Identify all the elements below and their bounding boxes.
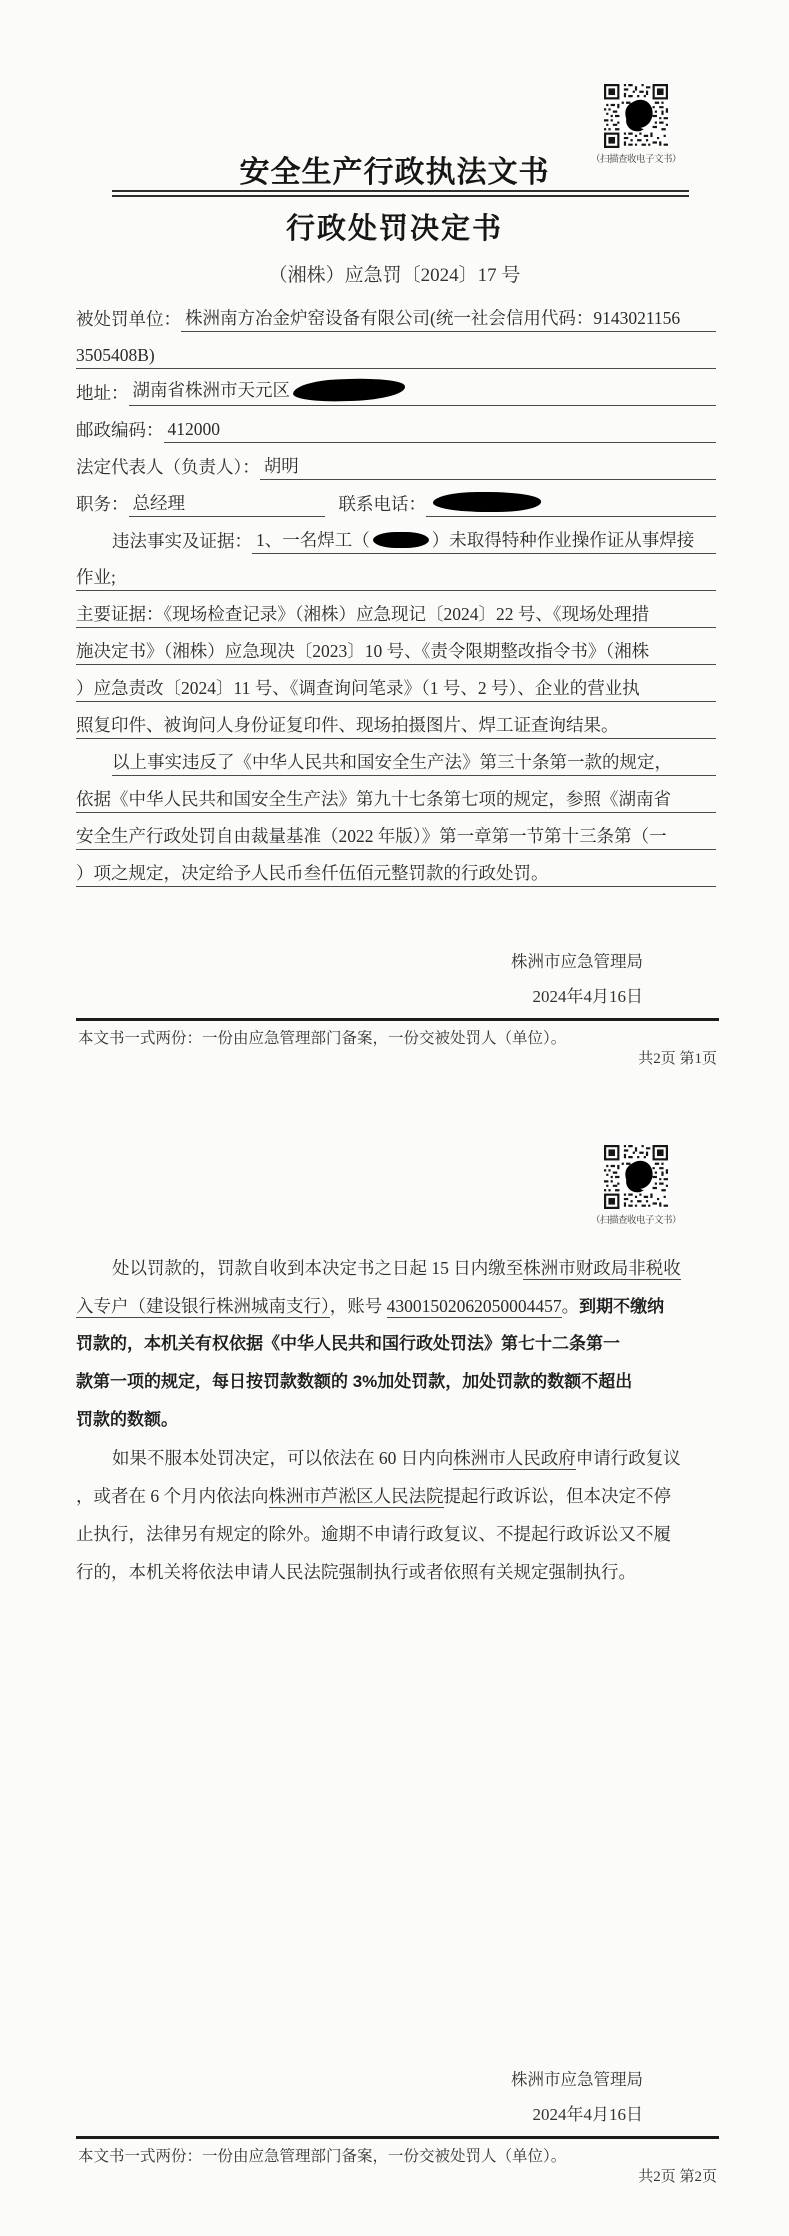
duty-value: 总经理 [129, 491, 325, 517]
decision-line-2: 依据《中华人民共和国安全生产法》第九十七条第七项的规定，参照《湖南省 [76, 776, 716, 813]
appeal-text: 申请行政复议 [576, 1448, 681, 1468]
qr-code-icon [604, 1145, 668, 1209]
facts-value: 1、一名焊工（）未取得特种作业操作证从事焊接 [252, 528, 716, 554]
account-number: 43001502062050004457 [387, 1296, 562, 1318]
issuing-authority: 株洲市应急管理局 [511, 2066, 643, 2090]
punished-unit-label: 被处罚单位： [76, 307, 181, 332]
punished-unit-value-cont: 3505408B) [76, 343, 716, 369]
punished-unit-value: 株洲南方冶金炉窑设备有限公司(统一社会信用代码：9143021156 [181, 306, 716, 332]
payment-line-2: 入专户（建设银行株洲城南支行），账号 43001502062050004457。… [76, 1287, 716, 1325]
facts-suffix: ）未取得特种作业操作证从事焊接 [432, 530, 695, 550]
account-label: ，账号 [330, 1296, 387, 1316]
period: 。 [562, 1296, 580, 1316]
document-series-title: 安全生产行政执法文书 [0, 147, 789, 191]
appeal-line-3: 止执行，法律另有规定的除外。逾期不申请行政复议、不提起行政诉讼又不履 [76, 1515, 716, 1553]
evidence-line-4: 照复印件、被询问人身份证复印件、现场拍摄图片、焊工证查询结果。 [76, 702, 716, 739]
evidence-text-3: ）应急责改〔2024〕11 号、《调查询问笔录》（1 号、2 号）、企业的营业执 [76, 676, 716, 702]
duty-label: 职务： [76, 492, 129, 517]
evidence-line-1: 主要证据：《现场检查记录》（湘株）应急现记〔2024〕22 号、《现场处理措 [76, 591, 716, 628]
legal-representative-label: 法定代表人（负责人）： [76, 455, 260, 480]
penalty-form: 被处罚单位： 株洲南方冶金炉窑设备有限公司(统一社会信用代码：914302115… [76, 295, 716, 887]
decision-text-4: ）项之规定，决定给予人民币叁仟伍佰元整罚款的行政处罚。 [76, 861, 716, 887]
appeal-line-1: 如果不服本处罚决定，可以依法在 60 日内向株洲市人民政府申请行政复议 [76, 1439, 716, 1477]
field-punished-unit: 被处罚单位： 株洲南方冶金炉窑设备有限公司(统一社会信用代码：914302115… [76, 295, 716, 332]
evidence-text-2: 施决定书》（湘株）应急现决〔2023〕10 号、《责令限期整改指令书》（湘株 [76, 639, 716, 665]
appeal-rights-paragraph: 如果不服本处罚决定，可以依法在 60 日内向株洲市人民政府申请行政复议 ，或者在… [76, 1439, 716, 1591]
footer-rule-page2 [76, 2136, 719, 2139]
title-divider [112, 190, 689, 197]
footer-note-page2: 本文书一式两份：一份由应急管理部门备案，一份交被处罚人（单位）。 [78, 2144, 566, 2166]
decision-text-3: 安全生产行政处罚自由裁量基准（2022 年版）》第一章第一节第十三条第（一 [76, 824, 716, 850]
evidence-text-4: 照复印件、被询问人身份证复印件、现场拍摄图片、焊工证查询结果。 [76, 713, 716, 739]
payment-line-1: 处以罚款的，罚款自收到本决定书之日起 15 日内缴至株洲市财政局非税收 [76, 1249, 716, 1287]
decision-line-3: 安全生产行政处罚自由裁量基准（2022 年版）》第一章第一节第十三条第（一 [76, 813, 716, 850]
field-facts: 违法事实及证据： 1、一名焊工（）未取得特种作业操作证从事焊接 [76, 517, 716, 554]
footer-note-page1: 本文书一式两份：一份由应急管理部门备案，一份交被处罚人（单位）。 [78, 1026, 566, 1048]
field-address: 地址： 湖南省株洲市天元区 [76, 369, 716, 406]
issue-date: 2024年4月16日 [533, 2100, 644, 2125]
field-punished-unit-cont: 3505408B) [76, 332, 716, 369]
field-legal-representative: 法定代表人（负责人）： 胡明 [76, 443, 716, 480]
field-duty-and-phone: 职务： 总经理 联系电话： [76, 480, 716, 517]
review-authority-name: 株洲市人民政府 [453, 1448, 576, 1470]
document-number: （湘株）应急罚〔2024〕17 号 [0, 260, 789, 287]
appeal-line-4: 行的，本机关将依法申请人民法院强制执行或者依照有关规定强制执行。 [76, 1553, 716, 1591]
page-title: 行政处罚决定书 [0, 206, 789, 247]
evidence-line-2: 施决定书》（湘株）应急现决〔2023〕10 号、《责令限期整改指令书》（湘株 [76, 628, 716, 665]
decision-text-2: 依据《中华人民共和国安全生产法》第九十七条第七项的规定，参照《湖南省 [76, 787, 716, 813]
qr-code-page2: （扫描查收电子文书） [586, 1145, 686, 1226]
page-number-page2: 共2页 第2页 [638, 2165, 717, 2186]
payment-text: 处以罚款的，罚款自收到本决定书之日起 15 日内缴至 [112, 1258, 523, 1278]
redaction-phone [433, 492, 541, 512]
appeal-line-2: ，或者在 6 个月内依法向株洲市芦淞区人民法院提起行政诉讼，但本决定不停 [76, 1477, 716, 1515]
footer-rule-page1 [76, 1018, 719, 1021]
payee-name-part1: 株洲市财政局非税收 [523, 1258, 681, 1280]
address-value: 湖南省株洲市天元区 [129, 378, 717, 406]
postal-code-label: 邮政编码： [76, 418, 164, 443]
evidence-line-3: ）应急责改〔2024〕11 号、《调查询问笔录》（1 号、2 号）、企业的营业执 [76, 665, 716, 702]
phone-value [426, 490, 716, 517]
field-facts-cont: 作业; [76, 554, 716, 591]
court-name: 株洲市芦淞区人民法院 [269, 1486, 444, 1508]
legal-representative-value: 胡明 [260, 454, 716, 480]
payment-instructions-paragraph: 处以罚款的，罚款自收到本决定书之日起 15 日内缴至株洲市财政局非税收 入专户（… [76, 1249, 716, 1439]
decision-text-1: 以上事实违反了《中华人民共和国安全生产法》第三十条第一款的规定， [112, 750, 716, 776]
field-postal-code: 邮政编码： 412000 [76, 406, 716, 443]
penalty-decision-document: { "colors": { "ink": "#2b2b2b", "paper":… [0, 0, 789, 2236]
decision-line-1: 以上事实违反了《中华人民共和国安全生产法》第三十条第一款的规定， [76, 739, 716, 776]
payment-line-3: 罚款的，本机关有权依据《中华人民共和国行政处罚法》第七十二条第一 [76, 1325, 716, 1363]
payment-line-4: 款第一项的规定，每日按罚款数额的 3%加处罚款，加处罚款的数额不超出 [76, 1363, 716, 1401]
qr-caption: （扫描查收电子文书） [586, 1212, 686, 1226]
facts-prefix: 1、一名焊工（ [256, 530, 370, 550]
postal-code-value: 412000 [164, 417, 717, 443]
decision-line-4: ）项之规定，决定给予人民币叁仟伍佰元整罚款的行政处罚。 [76, 850, 716, 887]
address-label: 地址： [76, 381, 129, 406]
address-text: 湖南省株洲市天元区 [133, 380, 291, 400]
appeal-text: 提起行政诉讼，但本决定不停 [444, 1486, 672, 1506]
issuing-authority: 株洲市应急管理局 [511, 948, 643, 972]
appeal-text: ，或者在 6 个月内依法向 [76, 1486, 269, 1506]
facts-line2: 作业; [76, 565, 716, 591]
qr-code-icon [604, 84, 668, 148]
facts-label: 违法事实及证据： [112, 529, 252, 554]
redaction-address [293, 378, 406, 403]
evidence-text-1: 主要证据：《现场检查记录》（湘株）应急现记〔2024〕22 号、《现场处理措 [76, 602, 716, 628]
payment-line-5: 罚款的数额。 [76, 1401, 716, 1439]
phone-label: 联系电话： [339, 492, 427, 517]
appeal-text: 如果不服本处罚决定，可以依法在 60 日内向 [112, 1448, 453, 1468]
redaction-welder-name [373, 532, 429, 548]
late-payment-warning-start: 到期不缴纳 [579, 1297, 664, 1316]
payee-name-part2: 入专户（建设银行株洲城南支行） [76, 1296, 330, 1318]
issue-date: 2024年4月16日 [533, 982, 644, 1007]
page-number-page1: 共2页 第1页 [638, 1047, 717, 1068]
